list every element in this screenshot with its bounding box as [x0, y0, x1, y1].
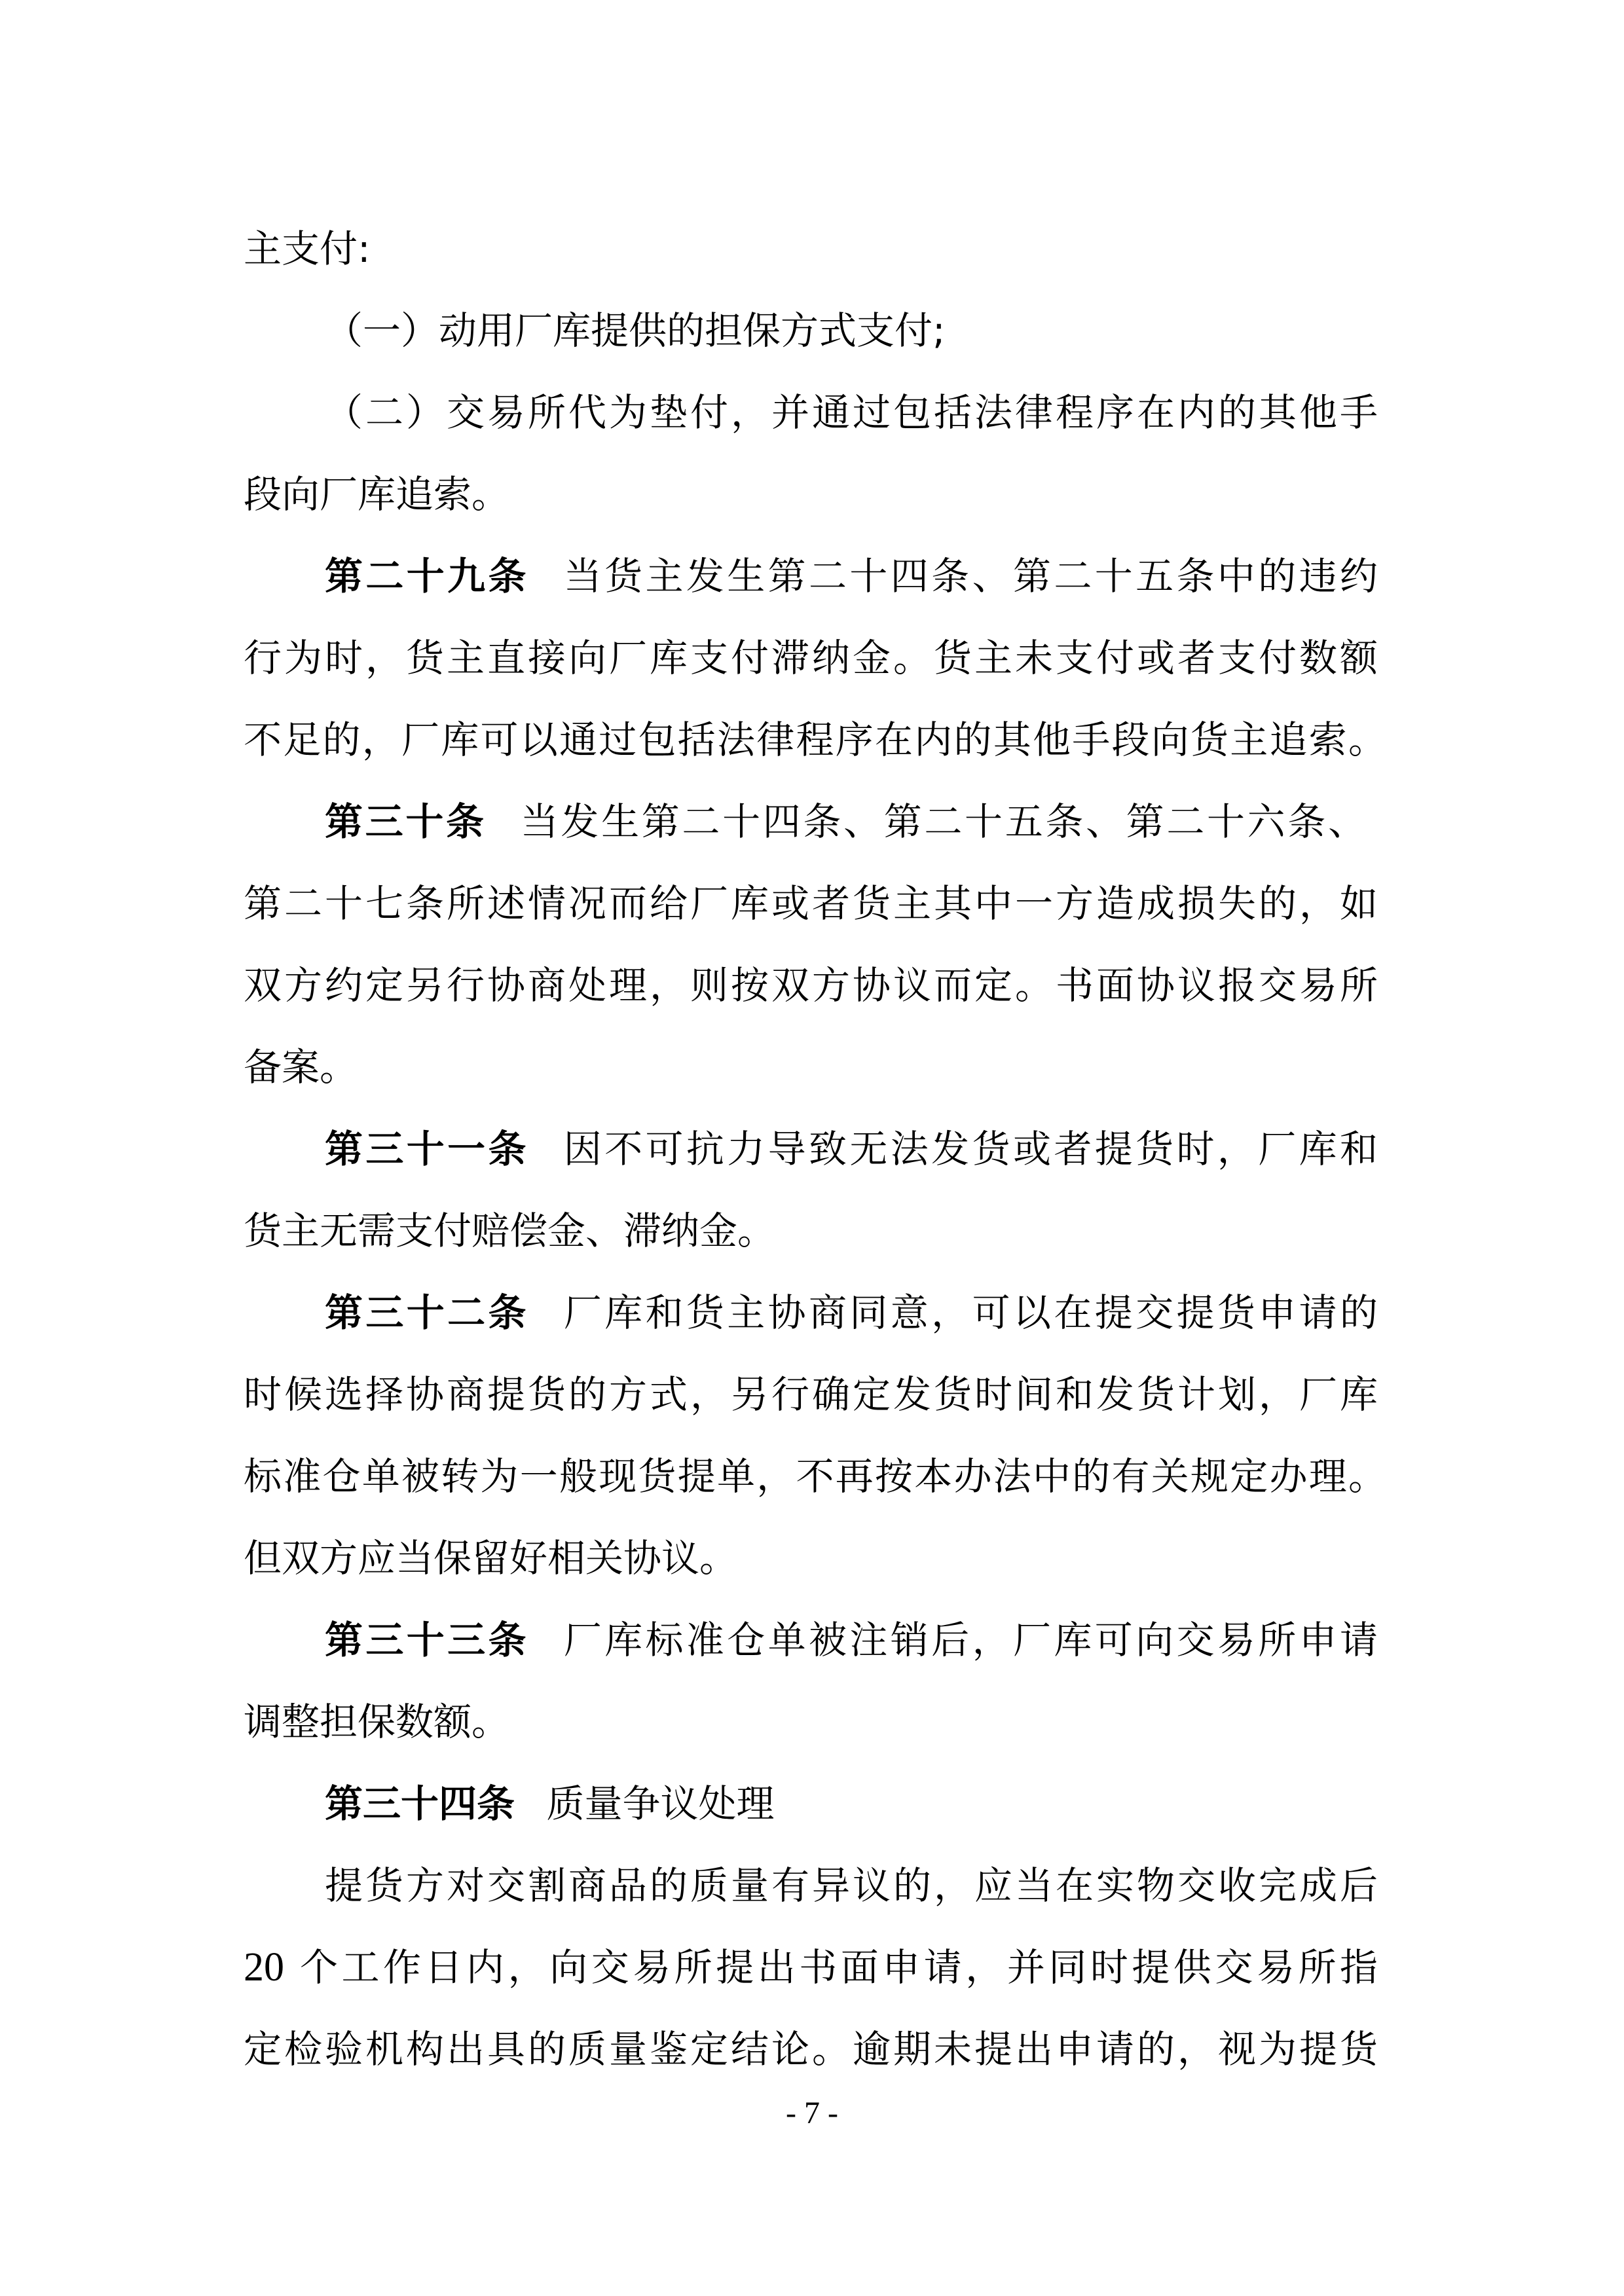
- text-line: 双方约定另行协商处理，则按双方协议而定。书面协议报交易所: [244, 964, 1378, 1006]
- article-31: 第三十一条 因不可抗力导致无法发货或者提货时，厂库和: [325, 1128, 1378, 1170]
- article-heading: 第三十一条: [325, 1128, 529, 1170]
- line-text: 提货方对交割商品的质量有异议的，应当在实物交收完成后: [325, 1865, 1378, 1906]
- article-30: 第三十条 当发生第二十四条、第二十五条、第二十六条、: [325, 801, 1366, 843]
- line-text: 段向厂库追索。: [244, 472, 509, 517]
- line-text: 当发生第二十四条、第二十五条、第二十六条、: [521, 801, 1366, 843]
- line-text: 但双方应当保留好相关协议。: [244, 1536, 737, 1580]
- text-line: 货主无需支付赔偿金、滞纳金。: [244, 1210, 775, 1252]
- list-item-2: （二）交易所代为垫付，并通过包括法律程序在内的其他手: [325, 392, 1378, 433]
- article-heading: 第二十九条: [325, 555, 529, 597]
- line-text: （二）交易所代为垫付，并通过包括法律程序在内的其他手: [325, 392, 1378, 433]
- text-line: 备案。: [244, 1046, 358, 1088]
- article-34: 第三十四条 质量争议处理: [325, 1783, 774, 1825]
- text-line: 调整担保数额。: [244, 1701, 509, 1743]
- line-text: 个工作日内，向交易所提出书面申请，并同时提供交易所指: [300, 1946, 1378, 1988]
- line-text: 时候选择协商提货的方式，另行确定发货时间和发货计划，厂库: [244, 1374, 1378, 1415]
- text-line: 主支付:: [244, 228, 371, 270]
- line-text: 厂库和货主协商同意，可以在提交提货申请的: [564, 1292, 1378, 1334]
- text-line: 第二十七条所述情况而给厂库或者货主其中一方造成损失的，如: [244, 883, 1378, 924]
- text-line: 提货方对交割商品的质量有异议的，应当在实物交收完成后: [325, 1865, 1378, 1906]
- line-text: 双方约定另行协商处理，则按双方协议而定。书面协议报交易所: [244, 964, 1378, 1006]
- article-heading: 第三十三条: [325, 1619, 529, 1661]
- article-29: 第二十九条 当货主发生第二十四条、第二十五条中的违约: [325, 555, 1378, 597]
- line-text: 定检验机构出具的质量鉴定结论。逾期未提出申请的，视为提货: [244, 2028, 1378, 2070]
- text-line: 行为时，货主直接向厂库支付滞纳金。货主未支付或者支付数额: [244, 637, 1378, 679]
- text-line: 段向厂库追索。: [244, 473, 509, 515]
- line-text: 第二十七条所述情况而给厂库或者货主其中一方造成损失的，如: [244, 883, 1378, 924]
- line-text: 行为时，货主直接向厂库支付滞纳金。货主未支付或者支付数额: [244, 637, 1378, 679]
- article-heading: 第三十条: [325, 801, 487, 843]
- article-32: 第三十二条 厂库和货主协商同意，可以在提交提货申请的: [325, 1292, 1378, 1334]
- document-page: 主支付: （一）动用厂库提供的担保方式支付; （二）交易所代为垫付，并通过包括法…: [0, 0, 1624, 2296]
- text-line: 定检验机构出具的质量鉴定结论。逾期未提出申请的，视为提货: [244, 2028, 1378, 2070]
- text-line: 标准仓单被转为一般现货提单，不再按本办法中的有关规定办理。: [244, 1455, 1386, 1497]
- line-text: 货主无需支付赔偿金、滞纳金。: [244, 1209, 775, 1253]
- line-text: 因不可抗力导致无法发货或者提货时，厂库和: [564, 1128, 1378, 1170]
- line-text: 主支付:: [244, 227, 371, 271]
- number-value: 20: [244, 1946, 284, 1988]
- line-text: （一）动用厂库提供的担保方式支付;: [325, 308, 946, 353]
- text-line: 时候选择协商提货的方式，另行确定发货时间和发货计划，厂库: [244, 1374, 1378, 1415]
- line-text: 调整担保数额。: [244, 1700, 509, 1744]
- article-33: 第三十三条 厂库标准仓单被注销后，厂库可向交易所申请: [325, 1619, 1378, 1661]
- line-text: 标准仓单被转为一般现货提单，不再按本办法中的有关规定办理。: [244, 1455, 1386, 1497]
- line-text: 质量争议处理: [546, 1781, 774, 1826]
- page-number: - 7 -: [747, 2094, 877, 2133]
- text-line: 但双方应当保留好相关协议。: [244, 1537, 737, 1579]
- article-heading: 第三十四条: [325, 1781, 515, 1826]
- text-line: 不足的，厂库可以通过包括法律程序在内的其他手段向货主追索。: [244, 719, 1386, 761]
- list-item-1: （一）动用厂库提供的担保方式支付;: [325, 310, 946, 352]
- line-text: 备案。: [244, 1045, 358, 1089]
- text-line: 20 个工作日内，向交易所提出书面申请，并同时提供交易所指: [244, 1946, 1378, 1988]
- article-heading: 第三十二条: [325, 1292, 529, 1334]
- line-text: 厂库标准仓单被注销后，厂库可向交易所申请: [564, 1619, 1378, 1661]
- line-text: 不足的，厂库可以通过包括法律程序在内的其他手段向货主追索。: [244, 719, 1386, 761]
- line-text: 当货主发生第二十四条、第二十五条中的违约: [564, 555, 1378, 597]
